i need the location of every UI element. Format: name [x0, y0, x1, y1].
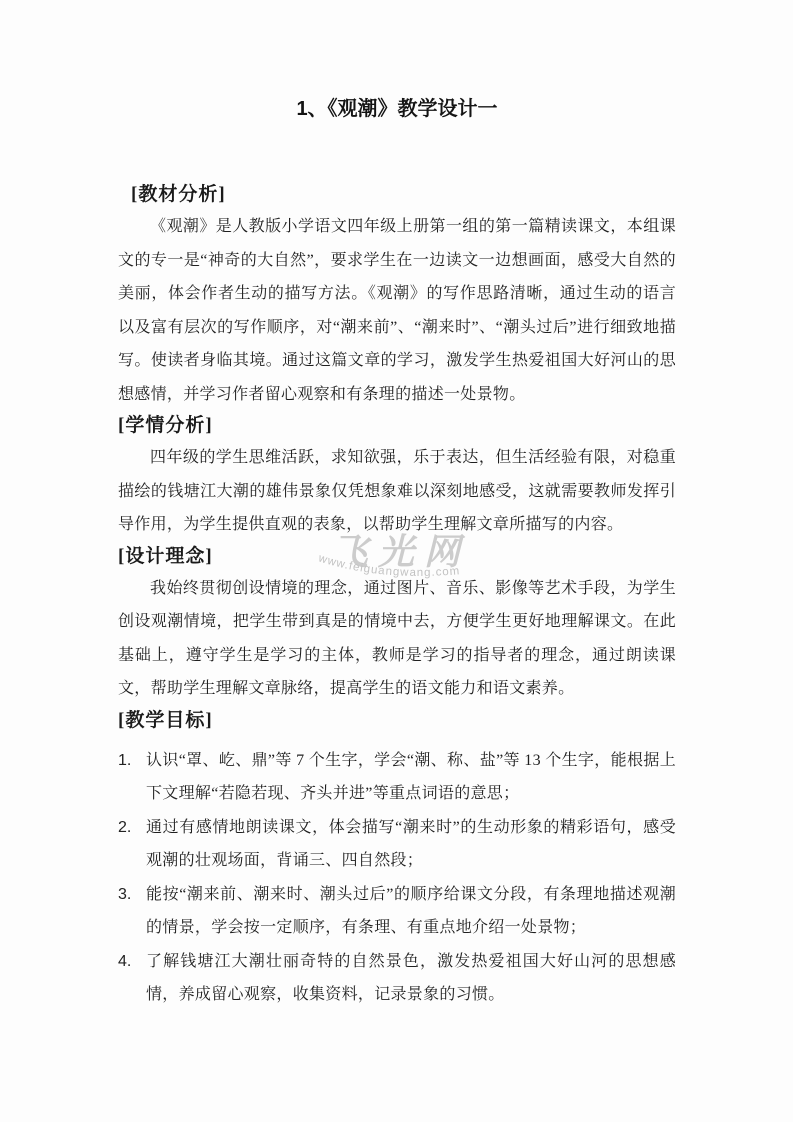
list-item-text: 认识“罩、屹、鼎”等 7 个生字，学会“潮、称、盐”等 13 个生字，能根据上下… [146, 744, 676, 811]
list-item-number: 4. [118, 945, 146, 1012]
list-item-text: 能按“潮来前、潮来时、潮头过后”的顺序给课文分段，有条理地描述观潮的情景，学会按… [146, 878, 676, 945]
list-item-text: 通过有感情地朗读课文，体会描写“潮来时”的生动形象的精彩语句，感受观潮的壮观场面… [146, 811, 676, 878]
section-paragraph-design-concept: 我始终贯彻创设情境的理念，通过图片、音乐、影像等艺术手段，为学生创设观潮情境，把… [118, 572, 676, 706]
section-heading-teaching-objectives: [教学目标] [118, 706, 676, 736]
document-page: 飞光网 www.feiguangwang.com 1、《观潮》教学设计一 [教材… [0, 0, 793, 1122]
list-item-number: 3. [118, 878, 146, 945]
list-item: 2. 通过有感情地朗读课文，体会描写“潮来时”的生动形象的精彩语句，感受观潮的壮… [118, 811, 676, 878]
section-heading-material-analysis: [教材分析] [118, 180, 676, 210]
list-item: 4. 了解钱塘江大潮壮丽奇特的自然景色，激发热爱祖国大好山河的思想感情，养成留心… [118, 945, 676, 1012]
document-body: 1、《观潮》教学设计一 [教材分析] 《观潮》是人教版小学语文四年级上册第一组的… [118, 96, 676, 1012]
list-item-number: 2. [118, 811, 146, 878]
page-title: 1、《观潮》教学设计一 [118, 96, 676, 122]
section-paragraph-learner-analysis: 四年级的学生思维活跃，求知欲强，乐于表达，但生活经验有限，对稳重描绘的钱塘江大潮… [118, 441, 676, 542]
list-item: 1. 认识“罩、屹、鼎”等 7 个生字，学会“潮、称、盐”等 13 个生字，能根… [118, 744, 676, 811]
list-item: 3. 能按“潮来前、潮来时、潮头过后”的顺序给课文分段，有条理地描述观潮的情景，… [118, 878, 676, 945]
section-heading-design-concept: [设计理念] [118, 542, 676, 572]
section-paragraph-material-analysis: 《观潮》是人教版小学语文四年级上册第一组的第一篇精读课文，本组课文的专一是“神奇… [118, 210, 676, 411]
list-item-number: 1. [118, 744, 146, 811]
list-item-text: 了解钱塘江大潮壮丽奇特的自然景色，激发热爱祖国大好山河的思想感情，养成留心观察，… [146, 945, 676, 1012]
objectives-list: 1. 认识“罩、屹、鼎”等 7 个生字，学会“潮、称、盐”等 13 个生字，能根… [118, 744, 676, 1012]
section-heading-learner-analysis: [学情分析] [118, 411, 676, 441]
